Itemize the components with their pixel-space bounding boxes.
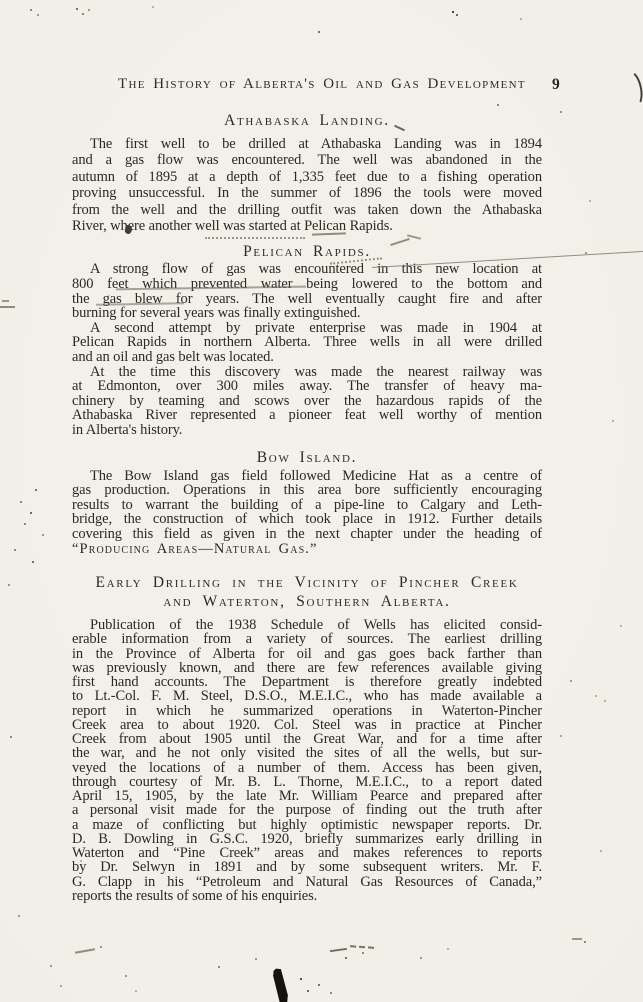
text-line: The first well to be drilled at Athabask… (72, 136, 542, 152)
text-line: by Dr. Selwyn in 1891 and by some subseq… (72, 860, 542, 874)
text-line: in the Province of Alberta for oil and g… (72, 647, 542, 661)
text-line: first hand accounts. The Department is t… (72, 675, 542, 689)
margin-dash-artifact (2, 300, 9, 302)
text-line: covering this field as given in the next… (72, 527, 542, 542)
section-heading-early-drilling: Early Drilling in the Vicinity of Pinche… (72, 573, 542, 611)
ink-blob-artifact (270, 968, 290, 1002)
paper-specks (0, 0, 2, 2)
paragraph-athabaska: The first well to be drilled at Athabask… (72, 136, 542, 234)
text-line: reports the results of some of his enqui… (72, 889, 542, 903)
pencil-dots-artifact (205, 237, 305, 239)
paragraph-pelican-3: At the time this discovery was made the … (72, 365, 542, 438)
running-title: The History of Alberta's Oil and Gas Dev… (118, 77, 526, 92)
text-line: erable information from a variety of sou… (72, 632, 542, 646)
text-line: through courtesy of Mr. B. L. Thorne, M.… (72, 775, 542, 789)
text-line: autumn of 1895 at a depth of 1,335 feet … (72, 169, 542, 185)
text-line: chinery by teaming and scows over the ha… (72, 394, 542, 409)
text-line: Creek from about 1905 until the Great Wa… (72, 732, 542, 746)
text-line: results to warrant the building of a pip… (72, 498, 542, 513)
text-line: from the well and the drilling outfit wa… (72, 202, 542, 218)
text-line: to Lt.-Col. F. M. Steel, D.S.O., M.E.I.C… (72, 689, 542, 703)
text-line: and Waterton, Southern Alberta. (72, 592, 542, 611)
text-line: in Alberta's history. (72, 423, 542, 438)
section-heading-bow-island: Bow Island. (72, 450, 542, 466)
text-line: A second attempt by private enterprise w… (72, 321, 542, 336)
scratch-artifact (350, 945, 374, 951)
text-line: Waterton and “Pine Creek” areas and make… (72, 846, 542, 860)
text-line: G. Clapp in his “Petroleum and Natural G… (72, 875, 542, 889)
text-line: was previously known, and there are few … (72, 661, 542, 675)
text-line: Athabaska River represented a pioneer fe… (72, 408, 542, 423)
text-line: report in which he summarized operations… (72, 704, 542, 718)
text-line: April 15, 1905, by the late Mr. William … (72, 789, 542, 803)
text-line: River, where another well was started at… (72, 218, 542, 234)
text-line: proving unsuccessful. In the summer of 1… (72, 185, 542, 201)
text-line: at Edmonton, over 300 miles away. The tr… (72, 379, 542, 394)
text-line: and an oil and gas belt was located. (72, 350, 542, 365)
section-heading-pelican-rapids: Pelican Rapids. (72, 244, 542, 260)
page-number: 9 (552, 76, 560, 94)
text-line: a personal visit made for the purpose of… (72, 803, 542, 817)
scratch-artifact (330, 948, 347, 952)
text-line: and a gas flow was encountered. The well… (72, 152, 542, 168)
text-line: burning for several years was finally ex… (72, 306, 542, 321)
text-line: At the time this discovery was made the … (72, 365, 542, 380)
scratch-artifact (75, 948, 95, 953)
section-heading-athabaska-landing: Athabaska Landing. (72, 113, 542, 129)
text-line: gas production. Operations in this area … (72, 483, 542, 498)
scratch-artifact (572, 938, 582, 940)
text-line: bridge, the construction of which took p… (72, 512, 542, 527)
page-body: Athabaska Landing. The first well to be … (72, 108, 542, 903)
text-line: the war, and he not only visited the sit… (72, 746, 542, 760)
text-line: a maze of conflicting but highly optimis… (72, 818, 542, 832)
paragraph-bow-island: The Bow Island gas field followed Medici… (72, 469, 542, 557)
text-line: D. B. Dowling in G.S.C. 1920, briefly su… (72, 832, 542, 846)
text-line: Creek area to about 1920. Col. Steel was… (72, 718, 542, 732)
paragraph-pelican-2: A second attempt by private enterprise w… (72, 321, 542, 365)
scanned-book-page: The History of Alberta's Oil and Gas Dev… (0, 0, 643, 1002)
text-line: “Producing Areas—Natural Gas.” (72, 542, 542, 557)
text-line: A strong flow of gas was encountered in … (72, 262, 542, 277)
text-line: Pelican Rapids in northern Alberta. Thre… (72, 335, 542, 350)
text-line: The Bow Island gas field followed Medici… (72, 469, 542, 484)
text-line: veyed the locations of a number of them.… (72, 761, 542, 775)
margin-dash-artifact (0, 306, 15, 308)
pen-curl-artifact (618, 68, 643, 109)
paragraph-early-drilling: Publication of the 1938 Schedule of Well… (72, 618, 542, 903)
text-line: Early Drilling in the Vicinity of Pinche… (72, 573, 542, 592)
paragraph-pelican-1: A strong flow of gas was encountered in … (72, 262, 542, 320)
text-line: Publication of the 1938 Schedule of Well… (72, 618, 542, 632)
